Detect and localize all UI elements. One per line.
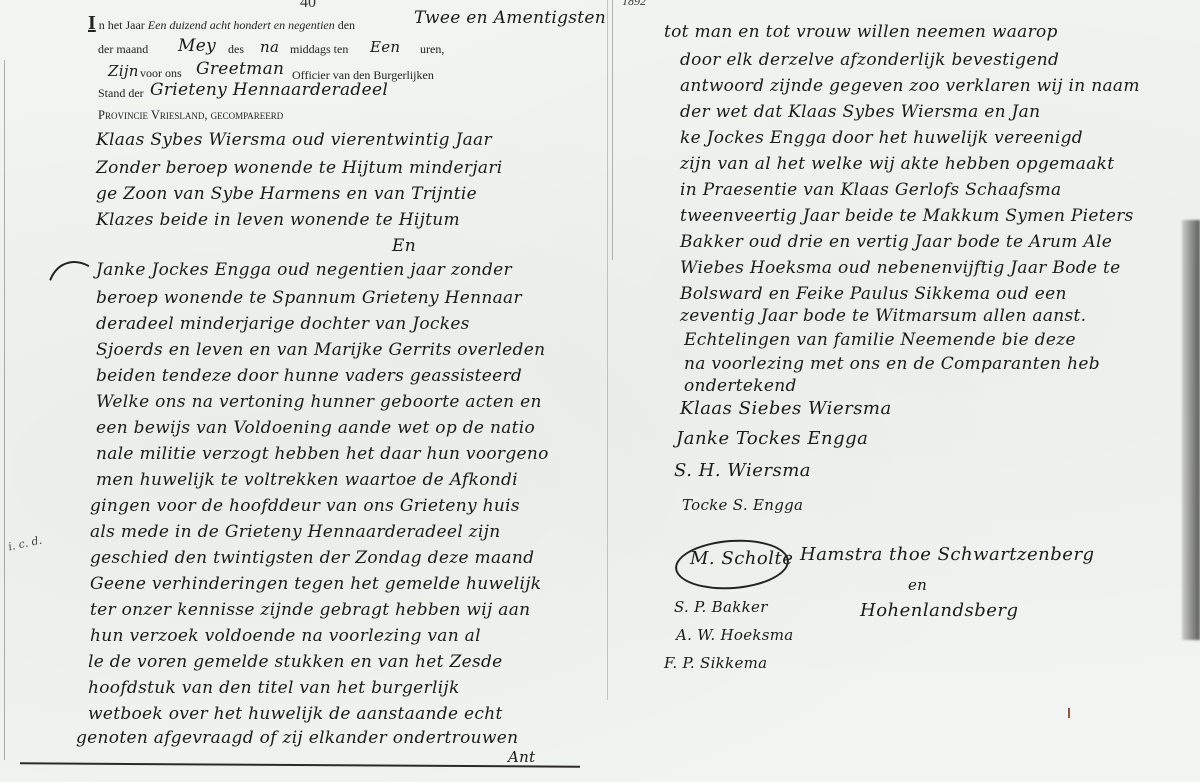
body-line: deradeel minderjarige dochter van Jockes: [96, 314, 470, 334]
page-number-left: 40: [300, 0, 316, 12]
printed-label: , gecompareerd: [204, 108, 283, 122]
body-line: een bewijs van Voldoening aande wet op d…: [96, 418, 535, 438]
signature-secretary: Hohenlandsberg: [860, 600, 1019, 621]
signature-father: Tocke S. Engga: [682, 496, 803, 514]
fold-line: [612, 0, 613, 260]
body-line: Janke Jockes Engga oud negentien jaar zo…: [96, 260, 512, 280]
signature-conjunction: en: [908, 576, 927, 594]
printed-label: Stand der: [98, 86, 144, 101]
printed-label: der maand: [98, 42, 148, 57]
body-line: Bolsward en Feike Paulus Sikkema oud een: [680, 284, 1067, 304]
body-line: gingen voor de hoofddeur van ons Grieten…: [90, 496, 520, 516]
printed-label: uren,: [420, 42, 444, 57]
handwritten-officer: Greetman: [196, 59, 284, 79]
printed-label: n het Jaar: [99, 18, 145, 32]
signature-witness: S. H. Wiersma: [674, 460, 811, 481]
body-line: hun verzoek voldoende na voorlezing van …: [90, 626, 481, 646]
body-line: zijn van al het welke wij akte hebben op…: [680, 154, 1114, 174]
body-line: men huwelijk te voltrekken waartoe de Af…: [96, 470, 518, 490]
scanned-document-page: 40 1892 I n het Jaar Een duizend acht ho…: [0, 0, 1200, 782]
page-divider-line: [607, 0, 608, 700]
printed-label: voor ons: [140, 66, 182, 81]
body-line: ter onzer kennisse zijnde gebragt hebben…: [90, 600, 530, 620]
body-line: nale militie verzogt hebben het daar hun…: [96, 444, 549, 464]
body-line: geschied den twintigsten der Zondag deze…: [90, 548, 534, 568]
body-line: Geene verhinderingen tegen het gemelde h…: [90, 574, 541, 594]
body-line: Bakker oud drie en vertig Jaar bode te A…: [680, 232, 1112, 252]
body-line: na voorlezing met ons en de Comparanten …: [684, 354, 1100, 374]
printed-year: Een duizend acht hondert en negentien: [148, 18, 335, 32]
handwritten-text: Zijn: [108, 62, 139, 80]
body-line: in Praesentie van Klaas Gerlofs Schaafsm…: [680, 180, 1061, 200]
signature-witness: F. P. Sikkema: [664, 654, 767, 672]
body-line: Welke ons na vertoning hunner geboorte a…: [96, 392, 542, 412]
province-label: Provincie Vriesland: [98, 108, 204, 122]
form-line-1: I n het Jaar Een duizend acht hondert en…: [88, 12, 355, 35]
body-line: door elk derzelve afzonderlijk bevestige…: [680, 50, 1059, 70]
printed-label: middags ten: [290, 42, 348, 57]
body-line: wetboek over het huwelijk de aanstaande …: [88, 704, 503, 724]
printed-label: des: [228, 42, 244, 57]
body-line: beroep wonende te Spannum Grieteny Henna…: [96, 288, 522, 308]
handwritten-municipality: Grieteny Hennaarderadeel: [150, 80, 388, 100]
body-line: hoofdstuk van den titel van het burgerli…: [88, 678, 460, 698]
signature-bride: Janke Tockes Engga: [676, 428, 868, 449]
printed-label: den: [338, 18, 355, 32]
body-line: zeventig Jaar bode te Witmarsum allen aa…: [680, 306, 1086, 326]
left-margin-line: [4, 60, 5, 760]
form-line-5: Provincie Vriesland, gecompareerd: [98, 108, 283, 123]
scan-shadow-edge: [1182, 220, 1200, 640]
body-line: Sjoerds en leven en van Marijke Gerrits …: [96, 340, 545, 360]
signature-witness: A. W. Hoeksma: [676, 626, 794, 644]
body-line: ke Jockes Engga door het huwelijk vereen…: [680, 128, 1083, 148]
body-line: ge Zoon van Sybe Harmens en van Trijntie: [96, 184, 477, 204]
body-line: genoten afgevraagd of zij elkander onder…: [76, 728, 518, 748]
handwritten-day: Twee en Amentigsten: [414, 8, 606, 28]
body-line: beiden tendeze door hunne vaders geassis…: [96, 366, 522, 386]
body-line: als mede in de Grieteny Hennaarderadeel …: [90, 522, 500, 542]
page-number-right: 1892: [622, 0, 646, 9]
signature-grietman: Hamstra thoe Schwartzenberg: [800, 544, 1095, 565]
signature-witness: S. P. Bakker: [674, 598, 768, 616]
body-line: Zonder beroep wonende te Hijtum minderja…: [96, 158, 503, 178]
handwritten-hour: Een: [370, 38, 400, 56]
body-line: Echtelingen van familie Neemende bie dez…: [684, 330, 1076, 350]
body-line: Klazes beide in leven wonende te Hijtum: [96, 210, 460, 230]
body-line: der wet dat Klaas Sybes Wiersma en Jan: [680, 102, 1040, 122]
body-line: tweenveertig Jaar beide te Makkum Symen …: [680, 206, 1134, 226]
body-line: ondertekend: [684, 376, 797, 396]
signature-officer: M. Scholte: [690, 548, 793, 569]
handwritten-month: Mey: [178, 36, 216, 56]
body-line: Wiebes Hoeksma oud nebenenvijftig Jaar B…: [680, 258, 1120, 278]
conjunction-en: En: [392, 236, 416, 256]
margin-annotation: i. c. d.: [7, 534, 43, 554]
closing-rule: [20, 762, 580, 767]
paraph-signature: Ant: [508, 748, 535, 766]
body-line: le de voren gemelde stukken en van het Z…: [88, 652, 503, 672]
drop-cap: I: [88, 12, 96, 34]
body-line: antwoord zijnde gegeven zoo verklaren wi…: [680, 76, 1140, 96]
signature-groom: Klaas Siebes Wiersma: [680, 398, 892, 419]
body-line: tot man en tot vrouw willen neemen waaro…: [664, 22, 1058, 42]
body-line: Klaas Sybes Wiersma oud vierentwintig Ja…: [96, 130, 492, 150]
handwritten-ampm: na: [260, 38, 279, 56]
red-ink-mark: [1068, 708, 1070, 718]
